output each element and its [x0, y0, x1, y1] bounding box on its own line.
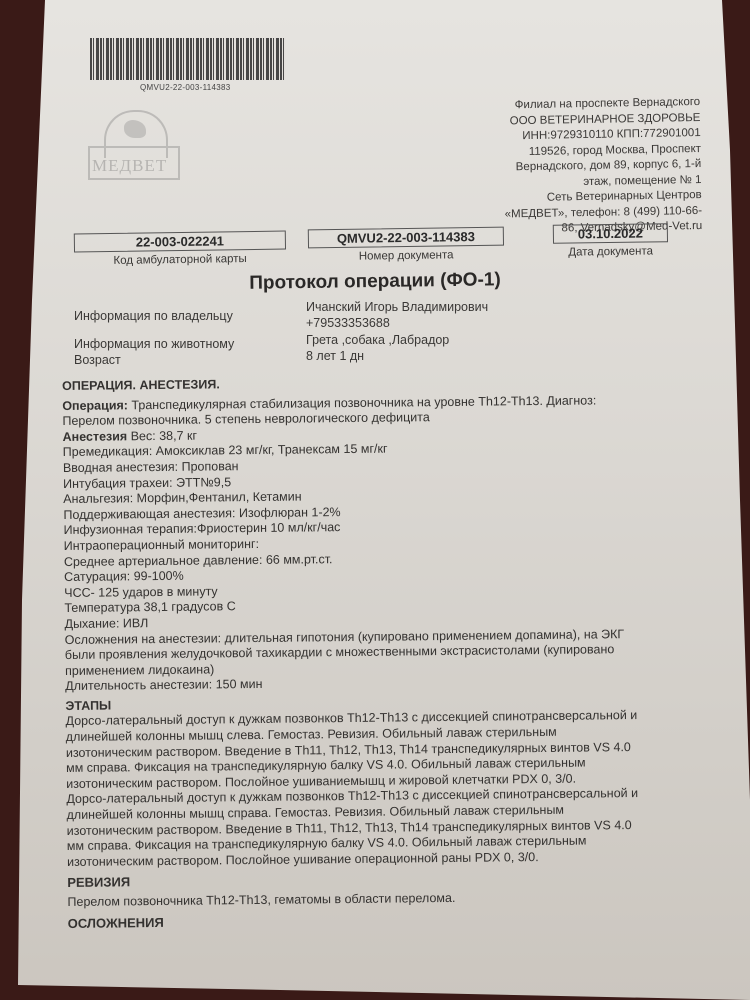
owner-label: Информация по владельцу	[74, 309, 233, 323]
age-value: 8 лет 1 дн	[306, 348, 364, 364]
document-number-label: Номер документа	[308, 249, 504, 264]
page-title: Протокол операции (ФО-1)	[0, 266, 750, 298]
document-date-label: Дата документа	[553, 245, 668, 259]
dog-icon	[124, 120, 146, 138]
protocol-body: ОПЕРАЦИЯ. АНЕСТЕЗИЯ. Операция: Транспеди…	[62, 372, 728, 935]
animal-label: Информация по животному	[74, 337, 234, 351]
owner-name: Ичанский Игорь Владимирович	[306, 299, 488, 315]
document-date-field: 03.10.2022 Дата документа	[553, 223, 668, 259]
anesthesia-weight: Вес: 38,7 кг	[131, 428, 197, 443]
document-number-value: QMVU2-22-003-114383	[308, 227, 504, 249]
card-code-label: Код амбулаторной карты	[74, 253, 286, 268]
age-label: Возраст	[74, 353, 121, 367]
organization-info: Филиал на проспекте Вернадского ООО ВЕТЕ…	[440, 95, 702, 239]
animal-value: Грета ,собака ,Лабрадор	[306, 332, 449, 348]
document-page: QMVU2-22-003-114383 МЕДВЕТ Филиал на про…	[0, 0, 750, 1000]
anesthesia-label: Анестезия	[63, 429, 128, 444]
clinic-logo: МЕДВЕТ	[88, 110, 180, 180]
logo-brand-text: МЕДВЕТ	[92, 156, 167, 176]
document-number-field: QMVU2-22-003-114383 Номер документа	[308, 227, 504, 264]
revision-heading: РЕВИЗИЯ	[67, 868, 727, 891]
owner-phone: +79533353688	[306, 315, 390, 331]
revision-text: Перелом позвоночника Th12-Th13, гематомы…	[67, 888, 727, 911]
complications-heading: ОСЛОЖНЕНИЯ	[68, 909, 728, 932]
operation-label: Операция:	[62, 398, 128, 413]
card-code-field: 22-003-022241 Код амбулаторной карты	[74, 231, 286, 268]
barcode	[90, 38, 285, 80]
barcode-number: QMVU2-22-003-114383	[140, 83, 231, 92]
card-code-value: 22-003-022241	[74, 231, 286, 253]
document-date-value: 03.10.2022	[553, 223, 668, 244]
